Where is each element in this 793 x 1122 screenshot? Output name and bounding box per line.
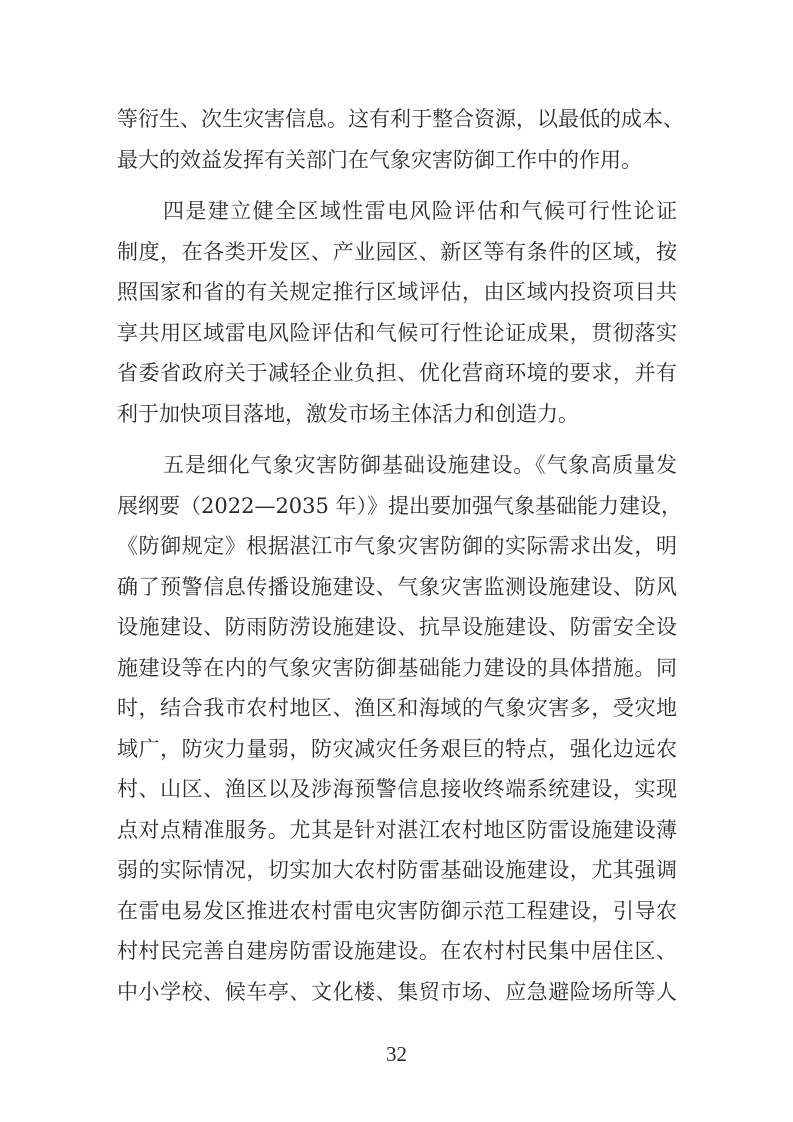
document-page: 等衍生、次生灾害信息。这有利于整合资源，以最低的成本、 最大的效益发挥有关部门在… [117, 99, 677, 1012]
paragraph-four: 四是建立健全区域性雷电风险评估和气候可行性论证 制度，在各类开发区、产业园区、新… [117, 191, 677, 434]
text-line: 享共用区域雷电风险评估和气候可行性论证成果，贯彻落实 [117, 313, 677, 354]
text-line: 时，结合我市农村地区、渔区和海域的气象灾害多，受灾地 [117, 688, 677, 729]
text-line: 《防御规定》根据湛江市气象灾害防御的实际需求出发，明 [117, 526, 677, 567]
paragraph-five: 五是细化气象灾害防御基础设施建设。《气象高质量发 展纲要（2022—2035 年… [117, 445, 677, 1012]
text-line: 利于加快项目落地，激发市场主体活力和创造力。 [117, 394, 677, 435]
text-line: 在雷电易发区推进农村雷电灾害防御示范工程建设，引导农 [117, 891, 677, 932]
text-line: 域广，防灾力量弱，防灾减灾任务艰巨的特点，强化边远农 [117, 729, 677, 770]
text-line: 村、山区、渔区以及涉海预警信息接收终端系统建设，实现 [117, 769, 677, 810]
text-line: 制度，在各类开发区、产业园区、新区等有条件的区域，按 [117, 232, 677, 273]
text-line: 弱的实际情况，切实加大农村防雷基础设施建设，尤其强调 [117, 850, 677, 891]
paragraph-continuation: 等衍生、次生灾害信息。这有利于整合资源，以最低的成本、 最大的效益发挥有关部门在… [117, 99, 677, 180]
text-line: 确了预警信息传播设施建设、气象灾害监测设施建设、防风 [117, 567, 677, 608]
paragraph-spacer [117, 180, 677, 191]
text-line: 等衍生、次生灾害信息。这有利于整合资源，以最低的成本、 [117, 99, 677, 140]
text-line: 五是细化气象灾害防御基础设施建设。《气象高质量发 [117, 445, 677, 486]
text-line: 设施建设、防雨防涝设施建设、抗旱设施建设、防雷安全设 [117, 607, 677, 648]
text-line: 村村民完善自建房防雷设施建设。在农村村民集中居住区、 [117, 931, 677, 972]
page-number: 32 [0, 1042, 793, 1067]
text-line: 中小学校、候车亭、文化楼、集贸市场、应急避险场所等人 [117, 972, 677, 1013]
text-line: 四是建立健全区域性雷电风险评估和气候可行性论证 [117, 191, 677, 232]
text-line: 点对点精准服务。尤其是针对湛江农村地区防雷设施建设薄 [117, 810, 677, 851]
paragraph-spacer [117, 434, 677, 445]
text-line: 施建设等在内的气象灾害防御基础能力建设的具体措施。同 [117, 648, 677, 689]
text-line: 省委省政府关于减轻企业负担、优化营商环境的要求，并有 [117, 353, 677, 394]
text-line: 照国家和省的有关规定推行区域评估，由区域内投资项目共 [117, 272, 677, 313]
text-line: 展纲要（2022—2035 年）》提出要加强气象基础能力建设， [117, 486, 677, 527]
text-line: 最大的效益发挥有关部门在气象灾害防御工作中的作用。 [117, 140, 677, 181]
